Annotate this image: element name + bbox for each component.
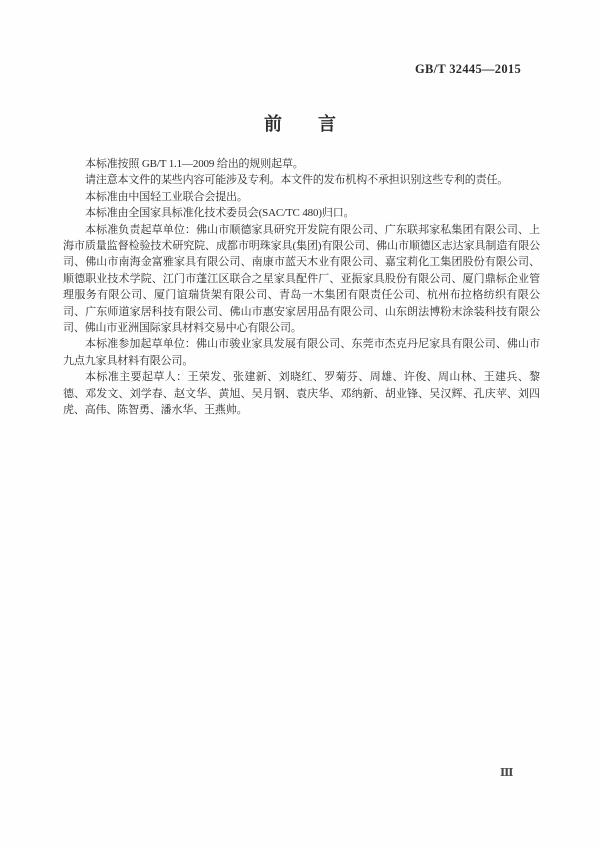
paragraph-responsible-drafting-organizations: 本标准负责起草单位：佛山市顺德家具研究开发院有限公司、广东联邦家私集团有限公司、… <box>63 222 540 337</box>
standard-code: GB/T 32445—2015 <box>415 62 521 77</box>
paragraph-centralized-by: 本标准由全国家具标准化技术委员会(SAC/TC 480)归口。 <box>63 205 540 221</box>
foreword-body: 本标准按照 GB/T 1.1—2009 给出的规则起草。 请注意本文件的某些内容… <box>63 156 540 419</box>
paragraph-participating-drafting-organizations: 本标准参加起草单位：佛山市骏业家具发展有限公司、东莞市杰克丹尼家具有限公司、佛山… <box>63 336 540 369</box>
paragraph-chief-drafters: 本标准主要起草人：王荣发、张建新、刘晓红、罗菊芬、周雄、许俊、周山林、王建兵、黎… <box>63 369 540 418</box>
document-page: GB/T 32445—2015 前 言 本标准按照 GB/T 1.1—2009 … <box>0 0 600 848</box>
paragraph-patent-notice: 请注意本文件的某些内容可能涉及专利。本文件的发布机构不承担识别这些专利的责任。 <box>63 172 540 188</box>
paragraph-proposed-by: 本标准由中国轻工业联合会提出。 <box>63 189 540 205</box>
page-title: 前 言 <box>0 110 600 136</box>
page-number: Ⅲ <box>500 766 513 779</box>
paragraph-drafting-rules: 本标准按照 GB/T 1.1—2009 给出的规则起草。 <box>63 156 540 172</box>
